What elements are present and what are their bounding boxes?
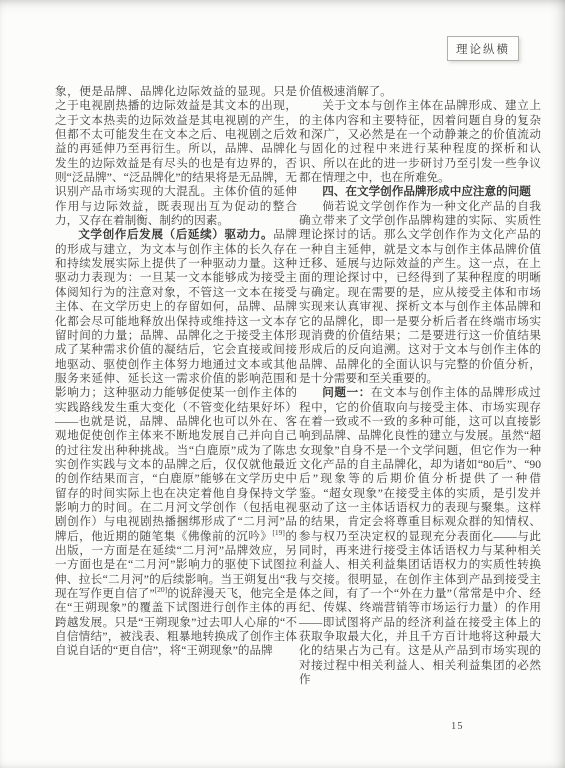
text-run: 品牌的形成与建立，为文本与创作主体的长久存在和持续发展实际上提供了一种驱动力量。… — [55, 228, 297, 542]
text-run: 文学创作后发展（后延续）驱动力。 — [78, 228, 273, 241]
text-run: 四、在文学创作品牌形成中应注意的问题 — [322, 185, 531, 198]
citation-ref: [19] — [272, 528, 285, 537]
left-column: 象，便是品牌、品牌化边际效益的显现。只是之于电视剧热播的边际效益是其文本的出现，… — [55, 85, 297, 659]
text-run: 价值极速消解了。 — [299, 85, 392, 98]
citation-ref: [20] — [155, 585, 168, 594]
paragraph: 关于文本与创作主体在品牌形成、建立上的主体内容和主要特征，因着问题自身的复杂和深… — [299, 99, 541, 185]
paragraph: 价值极速消解了。 — [299, 85, 541, 99]
paragraph: 问题一：在文本与创作主体的品牌形成过程中，它的价值取向与接受主体、市场实现存在着… — [299, 386, 541, 687]
section-heading: 四、在文学创作品牌形成中应注意的问题 — [299, 185, 541, 199]
paragraph: 象，便是品牌、品牌化边际效益的显现。只是之于电视剧热播的边际效益是其文本的出现，… — [55, 85, 297, 228]
text-run: 在文本与创作主体的品牌形成过程中，它的价值取向与接受主体、市场实现存在着一致或不… — [299, 386, 541, 686]
page-number: 15 — [451, 721, 464, 732]
text-run: 象，便是品牌、品牌化边际效益的显现。只是之于电视剧热播的边际效益是其文本的出现，… — [55, 85, 297, 227]
paragraph: 文学创作后发展（后延续）驱动力。品牌的形成与建立，为文本与创作主体的长久存在和持… — [55, 228, 297, 658]
text-run: 倘若说文学创作作为一种文化产品的自我确立带来了文学创作品牌构建的实际、实质性理论… — [299, 200, 541, 385]
text-run: 问题一： — [322, 386, 371, 399]
scanned-page: 理论纵横 象，便是品牌、品牌化边际效益的显现。只是之于电视剧热播的边际效益是其文… — [0, 0, 565, 768]
paragraph: 倘若说文学创作作为一种文化产品的自我确立带来了文学创作品牌构建的实际、实质性理论… — [299, 200, 541, 386]
right-column: 价值极速消解了。关于文本与创作主体在品牌形成、建立上的主体内容和主要特征，因着问… — [299, 85, 541, 687]
section-tag: 理论纵横 — [447, 36, 519, 61]
text-run: 关于文本与创作主体在品牌形成、建立上的主体内容和主要特征，因着问题自身的复杂和深… — [299, 99, 541, 184]
